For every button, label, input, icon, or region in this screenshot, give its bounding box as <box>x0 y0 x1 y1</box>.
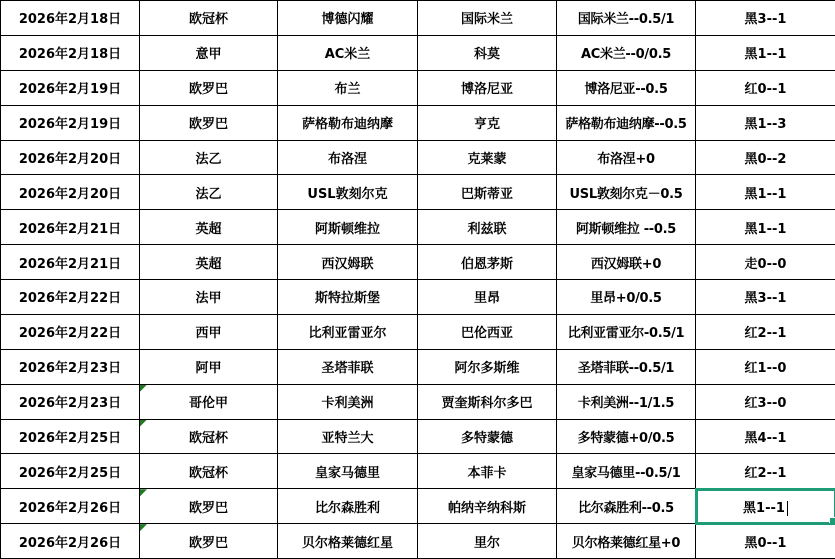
cell-away[interactable]: 多特蒙德 <box>418 419 557 454</box>
cell-text: 2026年2月23日 <box>19 361 121 376</box>
cell-result[interactable]: 黑3--1 <box>696 1 835 36</box>
cell-date[interactable]: 2026年2月19日 <box>1 70 140 105</box>
cell-result[interactable]: 黑1--1 <box>696 35 835 70</box>
cell-handicap[interactable]: 萨格勒布迪纳摩--0.5 <box>557 105 696 140</box>
cell-text: 亨克 <box>474 117 500 132</box>
cell-away[interactable]: 巴斯蒂亚 <box>418 175 557 210</box>
cell-away[interactable]: 科莫 <box>418 35 557 70</box>
error-indicator-triangle-icon <box>140 489 147 496</box>
table-body: 2026年2月18日欧冠杯博德闪耀国际米兰国际米兰--0.5/1黑3--1202… <box>1 1 835 559</box>
cell-text: 哥伦甲 <box>189 396 228 411</box>
cell-result[interactable]: 黑1--3 <box>696 105 835 140</box>
cell-text: 利兹联 <box>467 222 506 237</box>
cell-text: 布洛涅 <box>328 152 367 167</box>
cell-handicap[interactable]: 里昂+0/0.5 <box>557 280 696 315</box>
table-row: 2026年2月18日意甲AC米兰科莫AC米兰--0/0.5黑1--1 <box>1 35 835 70</box>
cell-text: 布洛涅+0 <box>597 152 654 167</box>
cell-home[interactable]: 亚特兰大 <box>278 419 418 454</box>
table-row: 2026年2月19日欧罗巴萨格勒布迪纳摩亨克萨格勒布迪纳摩--0.5黑1--3 <box>1 105 835 140</box>
cell-date[interactable]: 2026年2月20日 <box>1 175 140 210</box>
cell-text: 阿斯顿维拉 <box>315 222 380 237</box>
table-row: 2026年2月18日欧冠杯博德闪耀国际米兰国际米兰--0.5/1黑3--1 <box>1 1 835 36</box>
cell-home[interactable]: 贝尔格莱德红星 <box>278 524 418 559</box>
cell-text: 比利亚雷亚尔 <box>308 326 386 341</box>
cell-text: 萨格勒布迪纳摩 <box>302 117 393 132</box>
table-row: 2026年2月20日法乙布洛涅克莱蒙布洛涅+0黑0--2 <box>1 140 835 175</box>
cell-away[interactable]: 帕纳辛纳科斯 <box>418 489 557 524</box>
cell-text: 黑1--3 <box>745 117 787 132</box>
cell-text: 红2--1 <box>745 466 787 481</box>
cell-home[interactable]: 圣塔菲联 <box>278 349 418 384</box>
error-indicator-triangle-icon <box>140 420 147 427</box>
cell-result[interactable]: 黑3--1 <box>696 280 835 315</box>
cell-text: 皇家马德里--0.5/1 <box>571 466 680 481</box>
cell-text: 2026年2月18日 <box>19 12 121 27</box>
cell-text: 萨格勒布迪纳摩--0.5 <box>565 117 686 132</box>
cell-text: 走0--0 <box>745 257 787 272</box>
table-row: 2026年2月25日欧冠杯皇家马德里本菲卡皇家马德里--0.5/1红2--1 <box>1 454 835 489</box>
cell-home[interactable]: 比尔森胜利 <box>278 489 418 524</box>
table-row: 2026年2月20日法乙USL敦刻尔克巴斯蒂亚USL敦刻尔克－0.5黑1--1 <box>1 175 835 210</box>
cell-result[interactable]: 黑4--1 <box>696 419 835 454</box>
cell-home[interactable]: 阿斯顿维拉 <box>278 210 418 245</box>
cell-text: 黑4--1 <box>745 431 787 446</box>
cell-league[interactable]: 法乙 <box>140 140 278 175</box>
table-row: 2026年2月23日哥伦甲卡利美洲贾奎斯科尔多巴卡利美洲--1/1.5红3--0 <box>1 384 835 419</box>
cell-home[interactable]: 博德闪耀 <box>278 1 418 36</box>
cell-text: 欧罗巴 <box>189 501 228 516</box>
cell-text: USL敦刻尔克 <box>307 187 387 202</box>
cell-text: 黑1--1 <box>745 47 787 62</box>
cell-text: 黑0--1 <box>745 536 787 551</box>
cell-home[interactable]: 皇家马德里 <box>278 454 418 489</box>
cell-away[interactable]: 贾奎斯科尔多巴 <box>418 384 557 419</box>
error-indicator-triangle-icon <box>140 524 147 531</box>
cell-result[interactable]: 黑1--1 <box>696 175 835 210</box>
cell-text: AC米兰 <box>325 47 371 62</box>
cell-text: 欧罗巴 <box>189 536 228 551</box>
cell-text: 2026年2月20日 <box>19 187 121 202</box>
cell-handicap[interactable]: 皇家马德里--0.5/1 <box>557 454 696 489</box>
cell-text: 国际米兰 <box>461 12 513 27</box>
cell-home[interactable]: 西汉姆联 <box>278 245 418 280</box>
cell-text: 2026年2月25日 <box>19 431 121 446</box>
cell-away[interactable]: 里昂 <box>418 280 557 315</box>
cell-league[interactable]: 法乙 <box>140 175 278 210</box>
cell-handicap[interactable]: USL敦刻尔克－0.5 <box>557 175 696 210</box>
cell-text: 意甲 <box>195 47 221 62</box>
table-row: 2026年2月26日欧罗巴贝尔格莱德红星里尔贝尔格莱德红星+0黑0--1 <box>1 524 835 559</box>
cell-text: 2026年2月21日 <box>19 222 121 237</box>
cell-result[interactable]: 红2--1 <box>696 314 835 349</box>
cell-away[interactable]: 国际米兰 <box>418 1 557 36</box>
cell-text: 亚特兰大 <box>321 431 373 446</box>
cell-home[interactable]: USL敦刻尔克 <box>278 175 418 210</box>
cell-text: 巴斯蒂亚 <box>461 187 513 202</box>
table-row: 2026年2月26日欧罗巴比尔森胜利帕纳辛纳科斯比尔森胜利--0.5黑1--1 <box>1 489 835 524</box>
cell-league[interactable]: 欧罗巴 <box>140 524 278 559</box>
cell-home[interactable]: 布兰 <box>278 70 418 105</box>
cell-text: AC米兰--0/0.5 <box>581 47 671 62</box>
cell-handicap[interactable]: AC米兰--0/0.5 <box>557 35 696 70</box>
error-indicator-triangle-icon <box>140 385 147 392</box>
cell-text: 英超 <box>195 222 221 237</box>
cell-text: 比尔森胜利 <box>315 501 380 516</box>
cell-handicap[interactable]: 卡利美洲--1/1.5 <box>557 384 696 419</box>
cell-text: 阿甲 <box>195 361 221 376</box>
cell-text: 克莱蒙 <box>467 152 506 167</box>
cell-league[interactable]: 欧冠杯 <box>140 1 278 36</box>
cell-text: 伯恩茅斯 <box>461 257 513 272</box>
cell-handicap[interactable]: 博洛尼亚--0.5 <box>557 70 696 105</box>
cell-result[interactable]: 黑0--2 <box>696 140 835 175</box>
cell-text: 国际米兰--0.5/1 <box>578 12 674 27</box>
cell-handicap[interactable]: 圣塔菲联--0.5/1 <box>557 349 696 384</box>
table-row: 2026年2月25日欧冠杯亚特兰大多特蒙德多特蒙德+0/0.5黑4--1 <box>1 419 835 454</box>
edit-caret <box>787 501 788 516</box>
cell-home[interactable]: 斯特拉斯堡 <box>278 280 418 315</box>
cell-league[interactable]: 阿甲 <box>140 349 278 384</box>
cell-text: 贾奎斯科尔多巴 <box>441 396 532 411</box>
cell-handicap[interactable]: 西汉姆联+0 <box>557 245 696 280</box>
cell-text: 斯特拉斯堡 <box>315 291 380 306</box>
cell-result[interactable]: 红2--1 <box>696 454 835 489</box>
table-row: 2026年2月21日英超阿斯顿维拉利兹联阿斯顿维拉 --0.5黑1--1 <box>1 210 835 245</box>
cell-result[interactable]: 红1--0 <box>696 349 835 384</box>
match-results-table: 2026年2月18日欧冠杯博德闪耀国际米兰国际米兰--0.5/1黑3--1202… <box>0 0 835 559</box>
cell-away[interactable]: 巴伦西亚 <box>418 314 557 349</box>
cell-league[interactable]: 欧罗巴 <box>140 70 278 105</box>
cell-text: 西甲 <box>195 326 221 341</box>
cell-text: 欧罗巴 <box>189 82 228 97</box>
cell-handicap[interactable]: 布洛涅+0 <box>557 140 696 175</box>
cell-text: 科莫 <box>474 47 500 62</box>
cell-handicap[interactable]: 比利亚雷亚尔-0.5/1 <box>557 314 696 349</box>
cell-home[interactable]: AC米兰 <box>278 35 418 70</box>
cell-league[interactable]: 欧冠杯 <box>140 454 278 489</box>
cell-text: 黑1--1 <box>743 501 785 516</box>
cell-text: 黑3--1 <box>745 12 787 27</box>
cell-date[interactable]: 2026年2月26日 <box>1 524 140 559</box>
cell-text: 英超 <box>195 257 221 272</box>
cell-text: 帕纳辛纳科斯 <box>448 501 526 516</box>
cell-text: 黑0--2 <box>745 152 787 167</box>
cell-date[interactable]: 2026年2月21日 <box>1 210 140 245</box>
cell-text: 红2--1 <box>745 326 787 341</box>
cell-text: 欧冠杯 <box>189 466 228 481</box>
cell-handicap[interactable]: 国际米兰--0.5/1 <box>557 1 696 36</box>
cell-text: 多特蒙德 <box>461 431 513 446</box>
cell-away[interactable]: 阿尔多斯维 <box>418 349 557 384</box>
cell-result[interactable]: 红3--0 <box>696 384 835 419</box>
cell-text: 黑1--1 <box>745 187 787 202</box>
cell-text: 巴伦西亚 <box>461 326 513 341</box>
cell-text: 2026年2月26日 <box>19 536 121 551</box>
cell-away[interactable]: 本菲卡 <box>418 454 557 489</box>
table-row: 2026年2月21日英超西汉姆联伯恩茅斯西汉姆联+0走0--0 <box>1 245 835 280</box>
cell-text: 比尔森胜利--0.5 <box>578 501 674 516</box>
cell-text: 本菲卡 <box>467 466 506 481</box>
cell-text: 西汉姆联 <box>321 257 373 272</box>
cell-text: 博洛尼亚--0.5 <box>584 82 667 97</box>
cell-date[interactable]: 2026年2月22日 <box>1 280 140 315</box>
cell-date[interactable]: 2026年2月26日 <box>1 489 140 524</box>
cell-text: 2026年2月25日 <box>19 466 121 481</box>
cell-league[interactable]: 哥伦甲 <box>140 384 278 419</box>
cell-text: 贝尔格莱德红星 <box>302 536 393 551</box>
cell-league[interactable]: 意甲 <box>140 35 278 70</box>
cell-date[interactable]: 2026年2月25日 <box>1 419 140 454</box>
cell-text: 博洛尼亚 <box>461 82 513 97</box>
cell-text: 博德闪耀 <box>321 12 373 27</box>
cell-result[interactable]: 走0--0 <box>696 245 835 280</box>
cell-text: 欧冠杯 <box>189 12 228 27</box>
cell-text: 2026年2月22日 <box>19 291 121 306</box>
table-row: 2026年2月23日阿甲圣塔菲联阿尔多斯维圣塔菲联--0.5/1红1--0 <box>1 349 835 384</box>
cell-league[interactable]: 法甲 <box>140 280 278 315</box>
cell-text: 法甲 <box>195 291 221 306</box>
cell-league[interactable]: 欧罗巴 <box>140 105 278 140</box>
cell-text: 里尔 <box>474 536 500 551</box>
cell-text: 圣塔菲联 <box>321 361 373 376</box>
cell-result[interactable]: 黑1--1 <box>696 210 835 245</box>
cell-text: 卡利美洲 <box>321 396 373 411</box>
cell-date[interactable]: 2026年2月19日 <box>1 105 140 140</box>
cell-text: 欧冠杯 <box>189 431 228 446</box>
cell-away[interactable]: 利兹联 <box>418 210 557 245</box>
cell-text: 黑1--1 <box>745 222 787 237</box>
cell-text: 红0--1 <box>745 82 787 97</box>
cell-date[interactable]: 2026年2月23日 <box>1 349 140 384</box>
table-row: 2026年2月19日欧罗巴布兰博洛尼亚博洛尼亚--0.5红0--1 <box>1 70 835 105</box>
cell-text: 多特蒙德+0/0.5 <box>578 431 675 446</box>
cell-text: 皇家马德里 <box>315 466 380 481</box>
cell-date[interactable]: 2026年2月21日 <box>1 245 140 280</box>
cell-text: 贝尔格莱德红星+0 <box>572 536 680 551</box>
cell-league[interactable]: 英超 <box>140 210 278 245</box>
cell-text: 里昂+0/0.5 <box>590 291 661 306</box>
cell-home[interactable]: 卡利美洲 <box>278 384 418 419</box>
table-row: 2026年2月22日法甲斯特拉斯堡里昂里昂+0/0.5黑3--1 <box>1 280 835 315</box>
cell-league[interactable]: 西甲 <box>140 314 278 349</box>
cell-text: 红1--0 <box>745 361 787 376</box>
cell-text: 2026年2月18日 <box>19 47 121 62</box>
cell-text: 2026年2月22日 <box>19 326 121 341</box>
spreadsheet-sheet: 2026年2月18日欧冠杯博德闪耀国际米兰国际米兰--0.5/1黑3--1202… <box>0 0 835 559</box>
cell-text: 2026年2月20日 <box>19 152 121 167</box>
cell-handicap[interactable]: 阿斯顿维拉 --0.5 <box>557 210 696 245</box>
cell-league[interactable]: 英超 <box>140 245 278 280</box>
cell-text: 圣塔菲联--0.5/1 <box>578 361 674 376</box>
cell-text: 红3--0 <box>745 396 787 411</box>
cell-text: 法乙 <box>195 187 221 202</box>
cell-home[interactable]: 布洛涅 <box>278 140 418 175</box>
cell-away[interactable]: 亨克 <box>418 105 557 140</box>
cell-away[interactable]: 克莱蒙 <box>418 140 557 175</box>
cell-text: USL敦刻尔克－0.5 <box>570 187 683 202</box>
cell-result[interactable]: 黑0--1 <box>696 524 835 559</box>
cell-date[interactable]: 2026年2月22日 <box>1 314 140 349</box>
cell-away[interactable]: 博洛尼亚 <box>418 70 557 105</box>
cell-date[interactable]: 2026年2月18日 <box>1 35 140 70</box>
cell-text: 2026年2月19日 <box>19 82 121 97</box>
cell-text: 里昂 <box>474 291 500 306</box>
cell-league[interactable]: 欧罗巴 <box>140 489 278 524</box>
cell-text: 2026年2月23日 <box>19 396 121 411</box>
cell-text: 法乙 <box>195 152 221 167</box>
cell-away[interactable]: 伯恩茅斯 <box>418 245 557 280</box>
cell-text: 2026年2月19日 <box>19 117 121 132</box>
fill-handle[interactable] <box>829 517 835 524</box>
cell-result[interactable]: 红0--1 <box>696 70 835 105</box>
cell-date[interactable]: 2026年2月20日 <box>1 140 140 175</box>
cell-text: 2026年2月26日 <box>19 501 121 516</box>
cell-league[interactable]: 欧冠杯 <box>140 419 278 454</box>
cell-text: 欧罗巴 <box>189 117 228 132</box>
cell-text: 阿斯顿维拉 --0.5 <box>576 222 676 237</box>
cell-handicap[interactable]: 多特蒙德+0/0.5 <box>557 419 696 454</box>
cell-text: 阿尔多斯维 <box>454 361 519 376</box>
cell-date[interactable]: 2026年2月18日 <box>1 1 140 36</box>
cell-text: 卡利美洲--1/1.5 <box>578 396 674 411</box>
cell-home[interactable]: 萨格勒布迪纳摩 <box>278 105 418 140</box>
selected-cell-result[interactable]: 黑1--1 <box>696 489 835 524</box>
cell-handicap[interactable]: 比尔森胜利--0.5 <box>557 489 696 524</box>
cell-handicap[interactable]: 贝尔格莱德红星+0 <box>557 524 696 559</box>
table-row: 2026年2月22日西甲比利亚雷亚尔巴伦西亚比利亚雷亚尔-0.5/1红2--1 <box>1 314 835 349</box>
cell-home[interactable]: 比利亚雷亚尔 <box>278 314 418 349</box>
cell-away[interactable]: 里尔 <box>418 524 557 559</box>
cell-text: 黑3--1 <box>745 291 787 306</box>
cell-text: 比利亚雷亚尔-0.5/1 <box>568 326 685 341</box>
cell-date[interactable]: 2026年2月23日 <box>1 384 140 419</box>
cell-text: 2026年2月21日 <box>19 257 121 272</box>
cell-text: 布兰 <box>334 82 360 97</box>
cell-date[interactable]: 2026年2月25日 <box>1 454 140 489</box>
cell-text: 西汉姆联+0 <box>591 257 661 272</box>
